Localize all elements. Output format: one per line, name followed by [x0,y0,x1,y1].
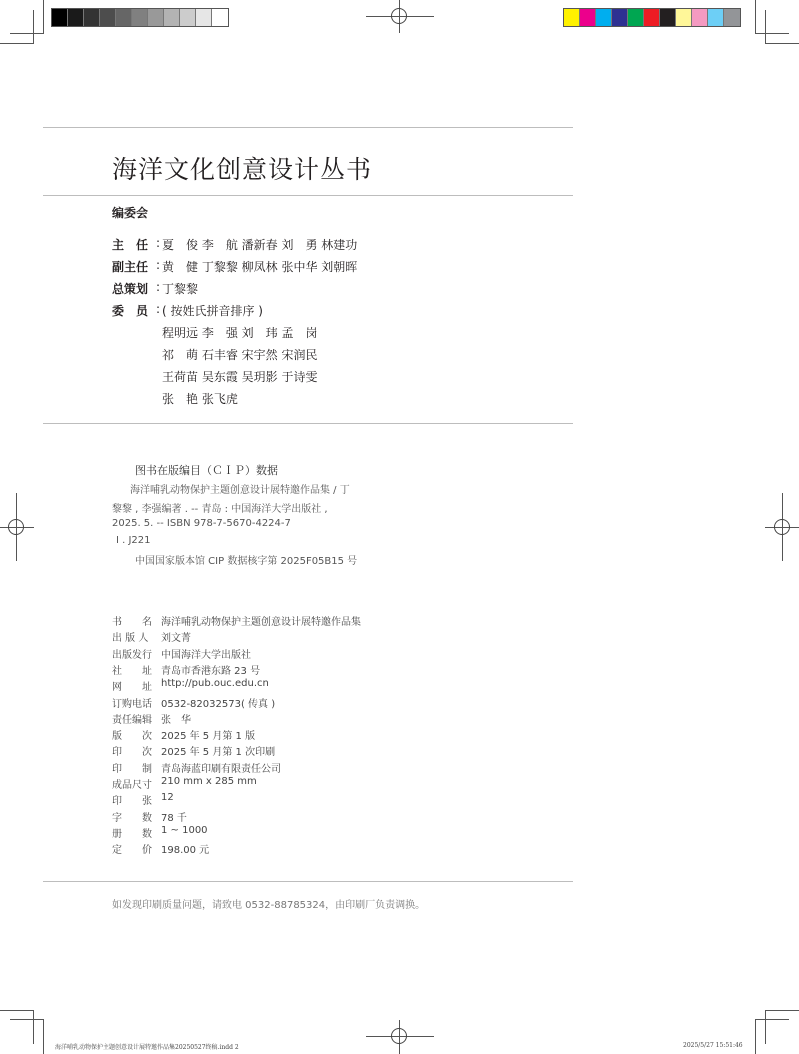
info-row: 出版发行中国海洋大学出版社 [112,646,251,661]
row-value: 黄 健 丁黎黎 柳凤林 张中华 刘朝晖 [162,258,357,275]
info-label: 字 数 [112,809,161,824]
divider-top [43,127,573,128]
grayscale-swatch [196,9,212,26]
info-label: 网 址 [112,678,161,693]
row-label: 委 员 [112,302,156,319]
cip-line: 黎黎 , 李强编著 . -- 青岛 : 中国海洋大学出版社 , [112,500,328,515]
info-value: 2025 年 5 月第 1 版 [161,727,255,742]
info-label: 册 数 [112,825,161,840]
row-label: 总策划 [112,280,156,297]
editorial-row-chief-planner: 总策划 : 丁黎黎 [112,280,198,297]
info-row: 书 名海洋哺乳动物保护主题创意设计展特邀作品集 [112,613,361,628]
member-line: 张 艳 张飞虎 [162,390,238,407]
grayscale-swatch [180,9,196,26]
process-swatch [660,9,676,26]
slug-filename: 海洋哺乳动物保护主题创意设计展特邀作品集20250527终稿.indd 2 [55,1042,239,1051]
grayscale-swatch [116,9,132,26]
info-value: 198.00 元 [161,841,209,856]
quality-notice: 如发现印刷质量问题，请致电 0532-88785324，由印刷厂负责调换。 [112,896,425,911]
info-value: 78 千 [161,809,187,824]
process-swatch [628,9,644,26]
cip-line: 2025. 5. -- ISBN 978-7-5670-4224-7 [112,518,291,529]
grayscale-swatch [212,9,228,26]
editorial-board-heading: 编委会 [112,204,148,221]
editorial-row-deputy-director: 副主任 : 黄 健 丁黎黎 柳凤林 张中华 刘朝晖 [112,258,357,275]
divider-notice [43,881,573,882]
info-row: 出 版 人刘文菁 [112,629,191,644]
info-value: 2025 年 5 月第 1 次印刷 [161,743,275,758]
info-value: 海洋哺乳动物保护主题创意设计展特邀作品集 [161,613,361,628]
info-row: 定 价198.00 元 [112,841,209,856]
row-label: 副主任 [112,258,156,275]
process-swatch [692,9,708,26]
cip-line: 海洋哺乳动物保护主题创意设计展特邀作品集 / 丁 [130,481,350,496]
info-label: 订购电话 [112,695,161,710]
info-value: 中国海洋大学出版社 [161,646,251,661]
cip-heading: 图书在版编目（ＣＩＰ）数据 [135,462,278,478]
row-value: ( 按姓氏拼音排序 ) [162,302,263,319]
editorial-row-members: 委 员 : ( 按姓氏拼音排序 ) [112,302,263,319]
cip-line: 中国国家版本馆 CIP 数据核字第 2025F05B15 号 [135,552,357,567]
process-swatch [708,9,724,26]
info-value: http://pub.ouc.edu.cn [161,678,269,693]
process-color-bar [563,8,741,27]
process-swatch [644,9,660,26]
process-swatch [564,9,580,26]
info-row: 册 数1 ~ 1000 [112,825,208,840]
grayscale-swatch [148,9,164,26]
grayscale-swatch [52,9,68,26]
info-label: 印 次 [112,743,161,758]
info-label: 定 价 [112,841,161,856]
info-value: 青岛海蓝印刷有限责任公司 [161,760,281,775]
member-line: 祁 萌 石丰睿 宋宇然 宋润民 [162,346,317,363]
info-label: 出版发行 [112,646,161,661]
info-row: 社 址青岛市香港东路 23 号 [112,662,260,677]
info-label: 社 址 [112,662,161,677]
grayscale-swatch [100,9,116,26]
member-line: 王荷苗 吴东霞 吴玥影 于诗雯 [162,368,317,385]
info-row: 责任编辑张 华 [112,711,191,726]
process-swatch [724,9,740,26]
info-row: 网 址http://pub.ouc.edu.cn [112,678,269,693]
row-value: 丁黎黎 [162,280,198,297]
grayscale-color-bar [51,8,229,27]
grayscale-swatch [164,9,180,26]
info-label: 版 次 [112,727,161,742]
info-row: 订购电话0532-82032573( 传真 ) [112,695,275,710]
row-value: 夏 俊 李 航 潘新春 刘 勇 林建功 [162,236,357,253]
divider-cip [43,423,573,424]
info-label: 书 名 [112,613,161,628]
info-label: 责任编辑 [112,711,161,726]
info-row: 字 数78 千 [112,809,187,824]
series-title: 海洋文化创意设计丛书 [112,150,372,186]
info-value: 0532-82032573( 传真 ) [161,695,275,710]
info-value: 张 华 [161,711,191,726]
info-value: 1 ~ 1000 [161,825,208,840]
row-label: 主 任 [112,236,156,253]
grayscale-swatch [132,9,148,26]
info-value: 210 mm x 285 mm [161,776,257,791]
process-swatch [612,9,628,26]
cip-line: Ⅰ . J221 [116,535,151,546]
process-swatch [596,9,612,26]
info-row: 印 张12 [112,792,174,807]
info-value: 青岛市香港东路 23 号 [161,662,260,677]
info-label: 成品尺寸 [112,776,161,791]
process-swatch [580,9,596,26]
info-row: 版 次2025 年 5 月第 1 版 [112,727,255,742]
info-row: 印 次2025 年 5 月第 1 次印刷 [112,743,275,758]
info-value: 刘文菁 [161,629,191,644]
info-label: 出 版 人 [112,629,161,644]
grayscale-swatch [84,9,100,26]
info-label: 印 制 [112,760,161,775]
member-line: 程明远 李 强 刘 玮 孟 岗 [162,324,317,341]
info-value: 12 [161,792,174,807]
process-swatch [676,9,692,26]
editorial-row-director: 主 任 : 夏 俊 李 航 潘新春 刘 勇 林建功 [112,236,357,253]
slug-timestamp: 2025/5/27 15:51:46 [683,1042,743,1049]
info-label: 印 张 [112,792,161,807]
grayscale-swatch [68,9,84,26]
divider-title [43,195,573,196]
info-row: 成品尺寸210 mm x 285 mm [112,776,257,791]
info-row: 印 制青岛海蓝印刷有限责任公司 [112,760,281,775]
